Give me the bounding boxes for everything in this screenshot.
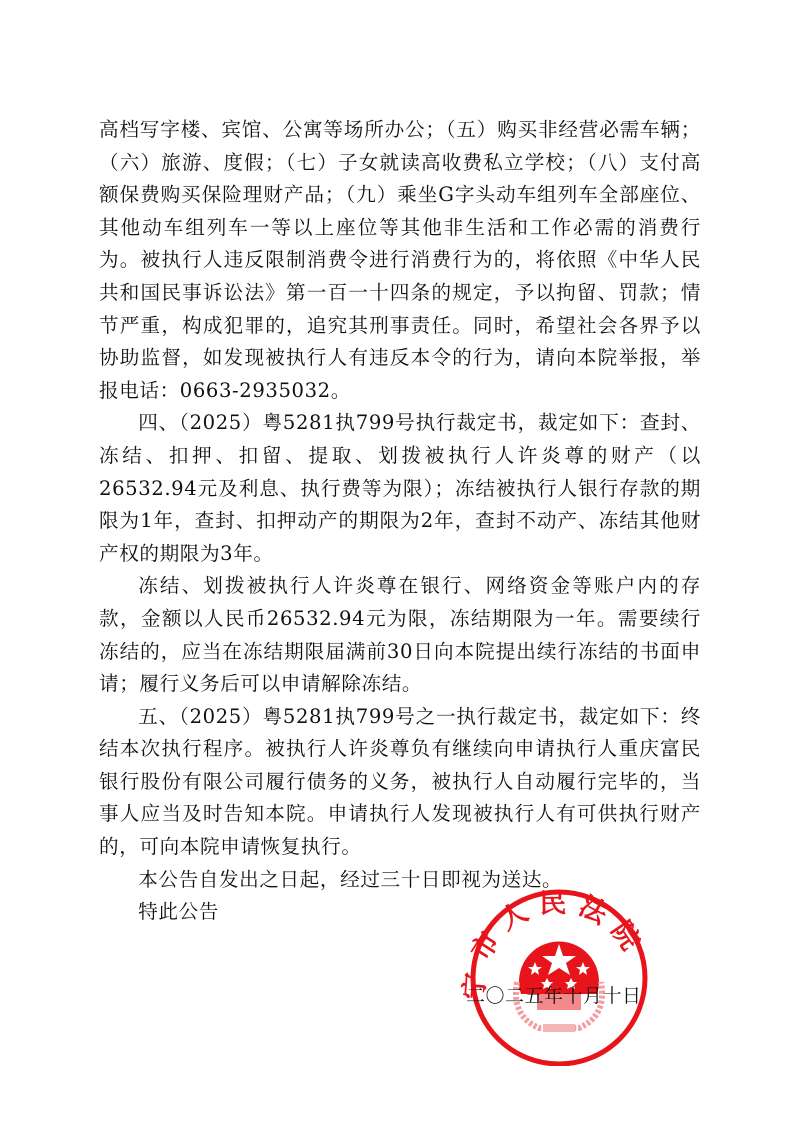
paragraph-ruling-five: 五、（2025）粤5281执799号之一执行裁定书，裁定如下：终结本次执行程序。… <box>99 701 701 864</box>
document-body: 高档写字楼、宾馆、公寓等场所办公；（五）购买非经营必需车辆；（六）旅游、度假；（… <box>99 114 701 929</box>
document-date: 二〇二五年十月十日 <box>466 981 642 1008</box>
paragraph-freeze: 冻结、划拨被执行人许炎尊在银行、网络资金等账户内的存款，金额以人民币26532.… <box>99 570 701 700</box>
court-seal-icon: 宁市人民法院 <box>459 886 659 1066</box>
paragraph-restrictions: 高档写字楼、宾馆、公寓等场所办公；（五）购买非经营必需车辆；（六）旅游、度假；（… <box>99 114 701 407</box>
document-page: 高档写字楼、宾馆、公寓等场所办公；（五）购买非经营必需车辆；（六）旅游、度假；（… <box>0 0 793 1122</box>
paragraph-ruling-four: 四、（2025）粤5281执799号执行裁定书，裁定如下：查封、冻结、扣押、扣留… <box>99 407 701 570</box>
